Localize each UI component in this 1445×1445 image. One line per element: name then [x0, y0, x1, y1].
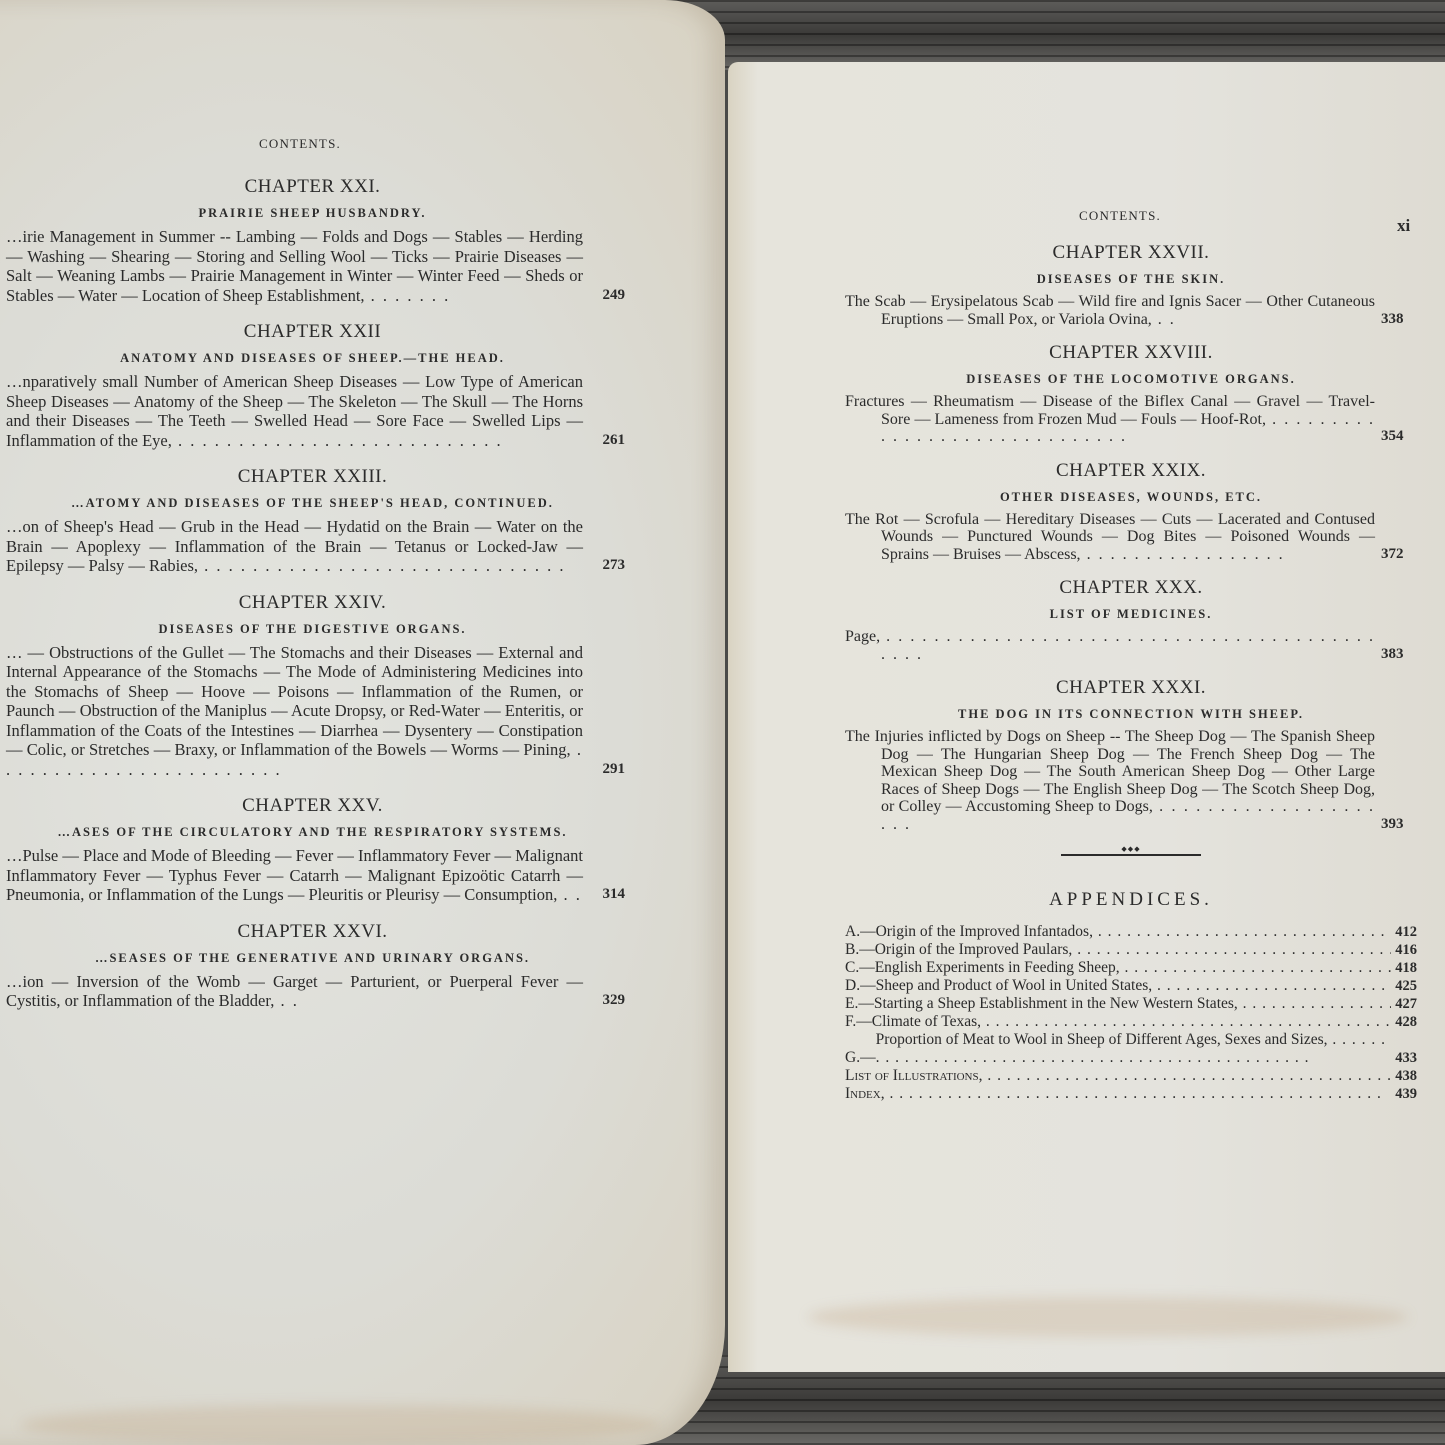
chapter-block: CHAPTER XXVII. DISEASES OF THE SKIN. The…	[845, 242, 1417, 328]
chapter-block: CHAPTER XXIII. …ATOMY AND DISEASES OF TH…	[0, 466, 625, 576]
chapter-block: CHAPTER XXXI. THE DOG IN ITS CONNECTION …	[845, 677, 1417, 833]
chapter-title: LIST OF MEDICINES.	[845, 607, 1417, 622]
left-running-head: CONTENTS.	[200, 136, 400, 152]
ornamental-rule	[1061, 851, 1201, 859]
chapter-number: CHAPTER XXII	[0, 321, 625, 343]
chapter-page-number: 329	[603, 991, 626, 1011]
chapter-number: CHAPTER XXIII.	[0, 466, 625, 488]
page-folio: xi	[1397, 216, 1410, 236]
chapter-number: CHAPTER XXIX.	[845, 460, 1417, 482]
chapter-page-number: 261	[603, 431, 626, 451]
chapter-page-number: 291	[603, 760, 626, 780]
chapter-number: CHAPTER XXVII.	[845, 242, 1417, 264]
list-of-illustrations-entry: List of Illustrations,438	[845, 1067, 1417, 1085]
left-contents: CHAPTER XXI. PRAIRIE SHEEP HUSBANDRY. …i…	[0, 176, 625, 1027]
chapter-number: CHAPTER XXVI.	[0, 921, 625, 943]
appendices-list: A.—Origin of the Improved Infantados,412…	[845, 923, 1417, 1103]
chapter-block: CHAPTER XXIV. DISEASES OF THE DIGESTIVE …	[0, 592, 625, 780]
appendix-item: D.—Sheep and Product of Wool in United S…	[845, 977, 1417, 995]
chapter-number: CHAPTER XXVIII.	[845, 342, 1417, 364]
chapter-title: DISEASES OF THE LOCOMOTIVE ORGANS.	[845, 372, 1417, 387]
chapter-summary: Fractures — Rheumatism — Disease of the …	[845, 393, 1417, 446]
appendix-item: C.—English Experiments in Feeding Sheep,…	[845, 959, 1417, 977]
chapter-summary: …on of Sheep's Head — Grub in the Head —…	[0, 517, 625, 576]
chapter-block: CHAPTER XXV. …ASES OF THE CIRCULATORY AN…	[0, 795, 625, 905]
chapter-summary: … — Obstructions of the Gullet — The Sto…	[0, 643, 625, 780]
appendix-item: E.—Starting a Sheep Establishment in the…	[845, 995, 1417, 1013]
water-stain	[20, 1405, 660, 1445]
chapter-block: CHAPTER XXX. LIST OF MEDICINES. Page, . …	[845, 577, 1417, 663]
appendix-item: A.—Origin of the Improved Infantados,412	[845, 923, 1417, 941]
water-stain	[808, 1297, 1408, 1337]
chapter-summary: …nparatively small Number of American Sh…	[0, 372, 625, 450]
chapter-summary: The Scab — Erysipelatous Scab — Wild fir…	[845, 293, 1417, 328]
chapter-title: …SEASES OF THE GENERATIVE AND URINARY OR…	[0, 951, 625, 966]
chapter-title: …ATOMY AND DISEASES OF THE SHEEP'S HEAD,…	[0, 496, 625, 511]
index-entry: Index,439	[845, 1085, 1417, 1103]
right-running-head: CONTENTS.	[1040, 208, 1200, 224]
chapter-block: CHAPTER XXIX. OTHER DISEASES, WOUNDS, ET…	[845, 460, 1417, 564]
chapter-block: CHAPTER XXI. PRAIRIE SHEEP HUSBANDRY. …i…	[0, 176, 625, 305]
chapter-number: CHAPTER XXX.	[845, 577, 1417, 599]
chapter-title: ANATOMY AND DISEASES OF SHEEP.—THE HEAD.	[0, 351, 625, 366]
chapter-summary: Page, . . . . . . . . . . . . . . . . . …	[845, 628, 1417, 663]
chapter-summary: …Pulse — Place and Mode of Bleeding — Fe…	[0, 846, 625, 905]
chapter-title: PRAIRIE SHEEP HUSBANDRY.	[0, 206, 625, 221]
chapter-title: THE DOG IN ITS CONNECTION WITH SHEEP.	[845, 707, 1417, 722]
appendix-item: B.—Origin of the Improved Paulars,416	[845, 941, 1417, 959]
chapter-block: CHAPTER XXVIII. DISEASES OF THE LOCOMOTI…	[845, 342, 1417, 446]
chapter-title: DISEASES OF THE SKIN.	[845, 272, 1417, 287]
chapter-number: CHAPTER XXI.	[0, 176, 625, 198]
chapter-page-number: 273	[603, 556, 626, 576]
chapter-title: DISEASES OF THE DIGESTIVE ORGANS.	[0, 622, 625, 637]
chapter-title: …ASES OF THE CIRCULATORY AND THE RESPIRA…	[0, 825, 625, 840]
chapter-block: CHAPTER XXII ANATOMY AND DISEASES OF SHE…	[0, 321, 625, 450]
chapter-summary: …irie Management in Summer -- Lambing — …	[0, 227, 625, 305]
appendix-item: F.—Climate of Texas,428	[845, 1013, 1417, 1031]
chapter-page-number: 249	[603, 286, 626, 306]
chapter-title: OTHER DISEASES, WOUNDS, ETC.	[845, 490, 1417, 505]
chapter-summary: The Injuries inflicted by Dogs on Sheep …	[845, 728, 1417, 833]
chapter-number: CHAPTER XXXI.	[845, 677, 1417, 699]
chapter-number: CHAPTER XXV.	[0, 795, 625, 817]
chapter-block: CHAPTER XXVI. …SEASES OF THE GENERATIVE …	[0, 921, 625, 1011]
appendices-heading: APPENDICES.	[845, 889, 1417, 911]
chapter-summary: …ion — Inversion of the Womb — Garget — …	[0, 972, 625, 1011]
chapter-number: CHAPTER XXIV.	[0, 592, 625, 614]
appendix-item: G.—Proportion of Meat to Wool in Sheep o…	[845, 1031, 1417, 1067]
right-contents: CHAPTER XXVII. DISEASES OF THE SKIN. The…	[845, 242, 1417, 1103]
chapter-summary: The Rot — Scrofula — Hereditary Diseases…	[845, 511, 1417, 564]
chapter-page-number: 314	[603, 885, 626, 905]
